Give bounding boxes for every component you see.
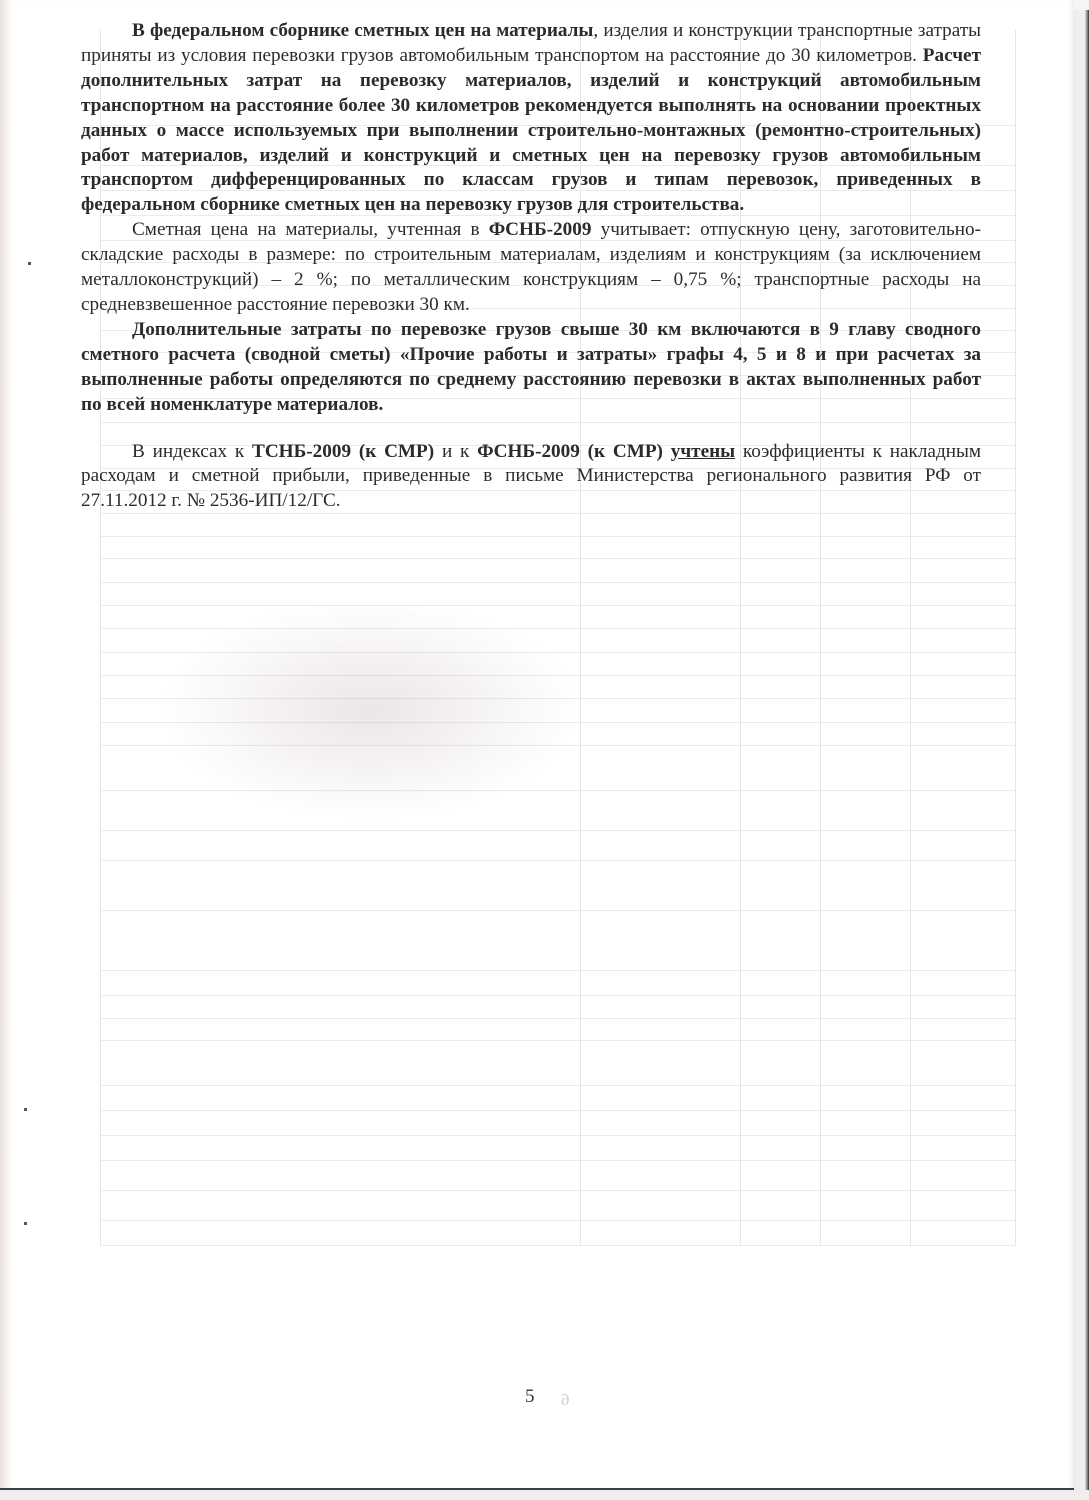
bleed-grid-line bbox=[100, 582, 1015, 583]
scan-right-edge bbox=[1074, 10, 1089, 1500]
bleed-grid-line bbox=[100, 790, 1015, 791]
bleed-grid-line bbox=[1015, 30, 1016, 1245]
emphasized-text: учтены bbox=[671, 441, 735, 462]
bleed-grid-line bbox=[100, 628, 1015, 629]
bleed-grid-line bbox=[100, 1245, 1015, 1246]
emphasized-text: В федеральном сборнике сметных цен на ма… bbox=[132, 20, 593, 41]
bleed-through-smudge bbox=[160, 600, 580, 820]
bleed-grid-line bbox=[100, 1040, 1015, 1041]
paragraph-transport-costs: В федеральном сборнике сметных цен на ма… bbox=[81, 19, 981, 218]
page-number: 5 bbox=[525, 1386, 535, 1408]
scan-speck bbox=[24, 1108, 27, 1111]
bleed-grid-line bbox=[100, 722, 1015, 723]
bleed-grid-line bbox=[100, 1220, 1015, 1221]
scan-speck bbox=[24, 1222, 27, 1225]
emphasized-text: ФСНБ-2009 (к СМР) bbox=[477, 441, 663, 462]
bleed-grid-line bbox=[100, 970, 1015, 971]
bleed-grid-line bbox=[100, 1160, 1015, 1161]
bleed-grid-line bbox=[100, 605, 1015, 606]
paragraph-indices-coefficients: В индексах к ТСНБ-2009 (к СМР) и к ФСНБ-… bbox=[81, 440, 981, 515]
bleed-grid-line bbox=[100, 830, 1015, 831]
scan-bottom-edge bbox=[0, 1490, 1089, 1500]
bleed-grid-line bbox=[100, 1085, 1015, 1086]
bleed-grid-line bbox=[100, 652, 1015, 653]
emphasized-text: ТСНБ-2009 (к СМР) bbox=[252, 441, 434, 462]
bleed-grid-line bbox=[100, 860, 1015, 861]
bleed-grid-line bbox=[100, 675, 1015, 676]
body-text: и к bbox=[434, 441, 477, 462]
scan-speck bbox=[28, 262, 31, 265]
body-text: Сметная цена на материалы, учтенная в bbox=[132, 219, 489, 240]
paragraph-material-price: Сметная цена на материалы, учтенная в ФС… bbox=[81, 218, 981, 318]
bleed-grid-line bbox=[100, 698, 1015, 699]
scanned-page: В федеральном сборнике сметных цен на ма… bbox=[0, 0, 1074, 1490]
paragraph-additional-costs: Дополнительные затраты по перевозке груз… bbox=[81, 318, 981, 418]
page-number-bleed-through: 6 bbox=[561, 1390, 570, 1410]
bleed-grid-line bbox=[100, 995, 1015, 996]
bleed-grid-line bbox=[100, 910, 1015, 911]
scan-left-edge-shadow bbox=[0, 0, 12, 1488]
bleed-grid-line bbox=[100, 1018, 1015, 1019]
emphasized-text: ФСНБ-2009 bbox=[489, 219, 592, 240]
emphasized-text: Расчет дополнительных затрат на перевозк… bbox=[81, 45, 981, 215]
emphasized-text: Дополнительные затраты по перевозке груз… bbox=[81, 319, 981, 415]
bleed-grid-line bbox=[100, 1190, 1015, 1191]
bleed-grid-line bbox=[100, 1110, 1015, 1111]
document-body: В федеральном сборнике сметных цен на ма… bbox=[81, 19, 981, 514]
body-text: В индексах к bbox=[132, 441, 252, 462]
body-text bbox=[663, 441, 671, 462]
bleed-grid-line bbox=[100, 1135, 1015, 1136]
bleed-grid-line bbox=[100, 558, 1015, 559]
bleed-grid-line bbox=[100, 745, 1015, 746]
bleed-grid-line bbox=[100, 536, 1015, 537]
